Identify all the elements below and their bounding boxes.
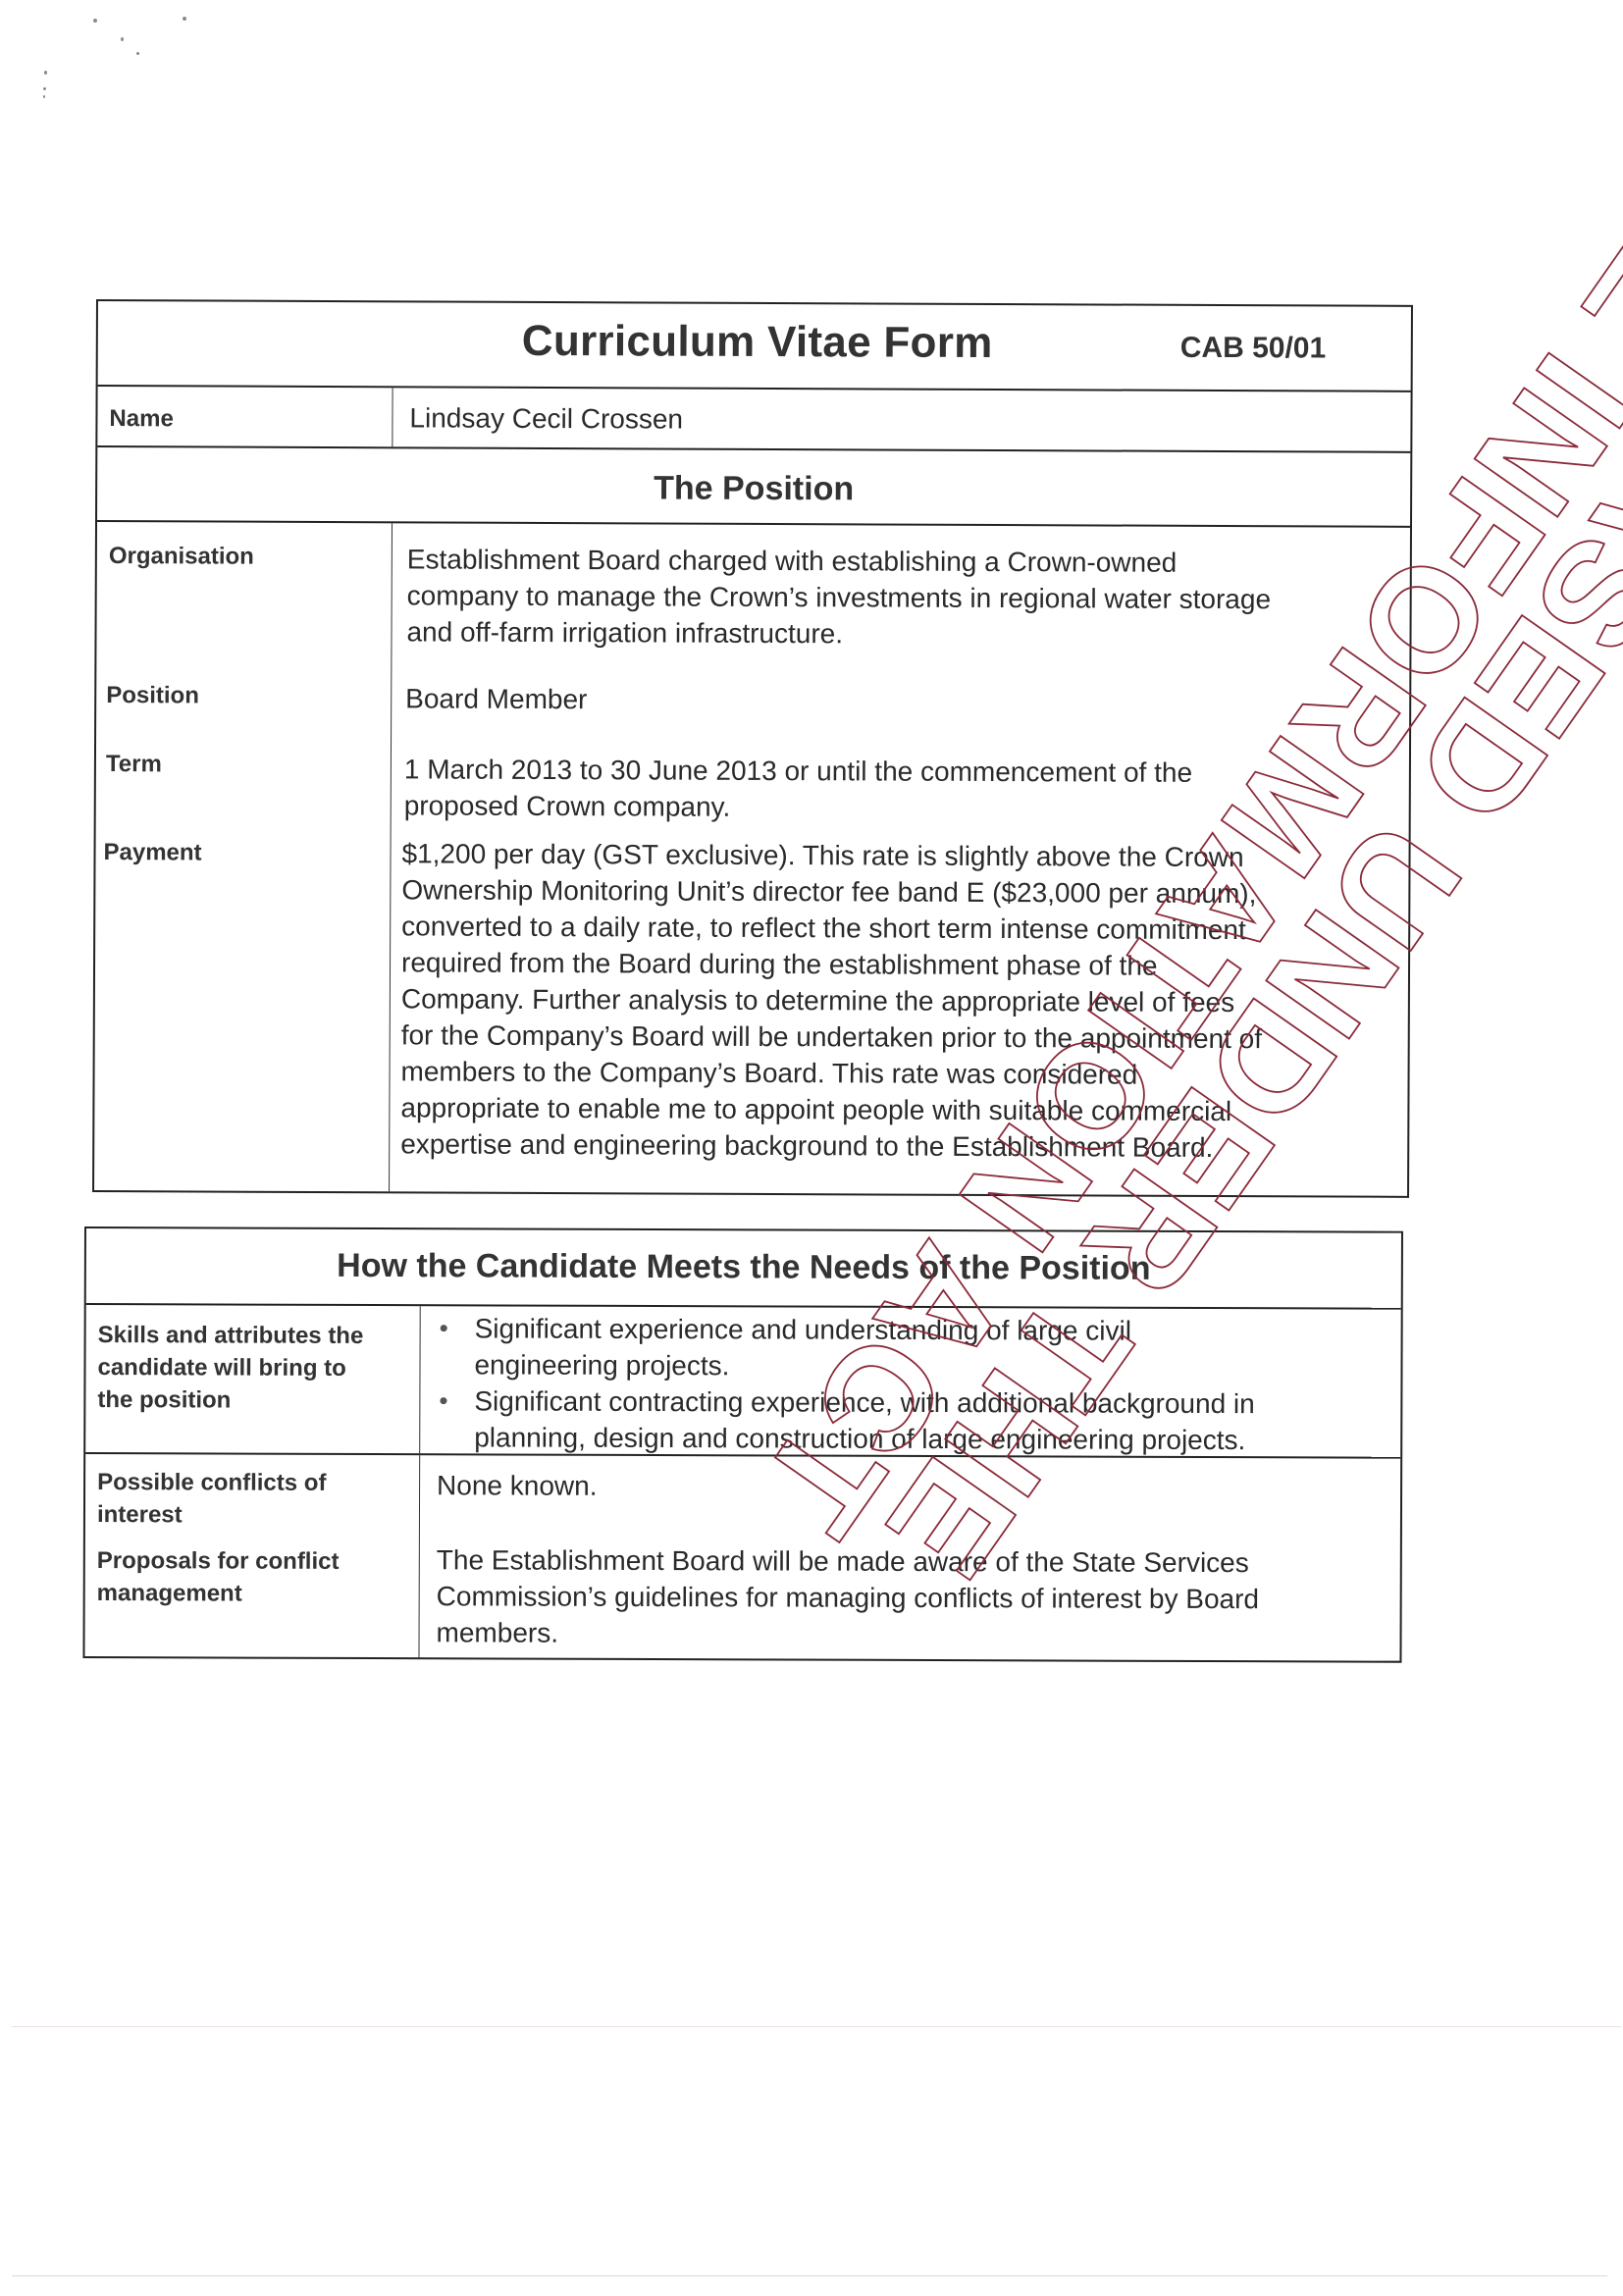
candidate-table: How the Candidate Meets the Needs of the… [82, 1226, 1403, 1663]
scan-speck [44, 71, 47, 75]
skill-item: Significant experience and understanding… [425, 1310, 1255, 1385]
proposals-label: Proposals for conflict management [97, 1544, 340, 1610]
proposals-value: The Establishment Board will be made awa… [436, 1541, 1259, 1653]
position-body: Organisation Establishment Board charged… [94, 522, 1410, 1196]
scan-speck [93, 19, 97, 23]
term-value: 1 March 2013 to 30 June 2013 or until th… [404, 751, 1192, 827]
name-value: Lindsay Cecil Crossen [409, 399, 683, 437]
position-heading-row: The Position [97, 447, 1410, 528]
scan-edge-line [12, 2026, 1621, 2027]
position-table: Curriculum Vitae Form CAB 50/01 Name Lin… [92, 299, 1413, 1198]
scan-speck [136, 52, 139, 55]
term-label: Term [106, 748, 162, 780]
scan-speck [183, 17, 186, 21]
organisation-label: Organisation [109, 540, 254, 573]
section-heading-position: The Position [97, 467, 1410, 511]
conflicts-row: Possible conflicts of interest None know… [84, 1454, 1400, 1661]
conflicts-value: None known. [437, 1467, 598, 1504]
name-label: Name [109, 402, 174, 435]
payment-value: $1,200 per day (GST exclusive). This rat… [400, 835, 1263, 1166]
scan-speck [43, 87, 46, 90]
position-value: Board Member [405, 680, 587, 717]
form-title: Curriculum Vitae Form [522, 317, 993, 368]
candidate-heading-row: How the Candidate Meets the Needs of the… [86, 1228, 1401, 1310]
section-heading-candidate: How the Candidate Meets the Needs of the… [86, 1246, 1401, 1289]
skills-list: Significant experience and understanding… [425, 1310, 1255, 1458]
skills-row: Skills and attributes the candidate will… [85, 1305, 1401, 1459]
skills-label: Skills and attributes the candidate will… [97, 1319, 363, 1417]
skill-item: Significant contracting experience, with… [425, 1383, 1255, 1458]
position-label: Position [106, 679, 199, 711]
organisation-value: Establishment Board charged with establi… [406, 541, 1271, 653]
scan-edge-line [12, 2275, 1607, 2276]
name-row: Name Lindsay Cecil Crossen [97, 387, 1410, 453]
scan-speck [121, 37, 124, 41]
form-reference: CAB 50/01 [1180, 332, 1327, 366]
payment-label: Payment [103, 836, 201, 868]
conflicts-label: Possible conflicts of interest [97, 1466, 327, 1532]
scan-speck [43, 95, 45, 98]
title-row: Curriculum Vitae Form CAB 50/01 [98, 301, 1411, 392]
